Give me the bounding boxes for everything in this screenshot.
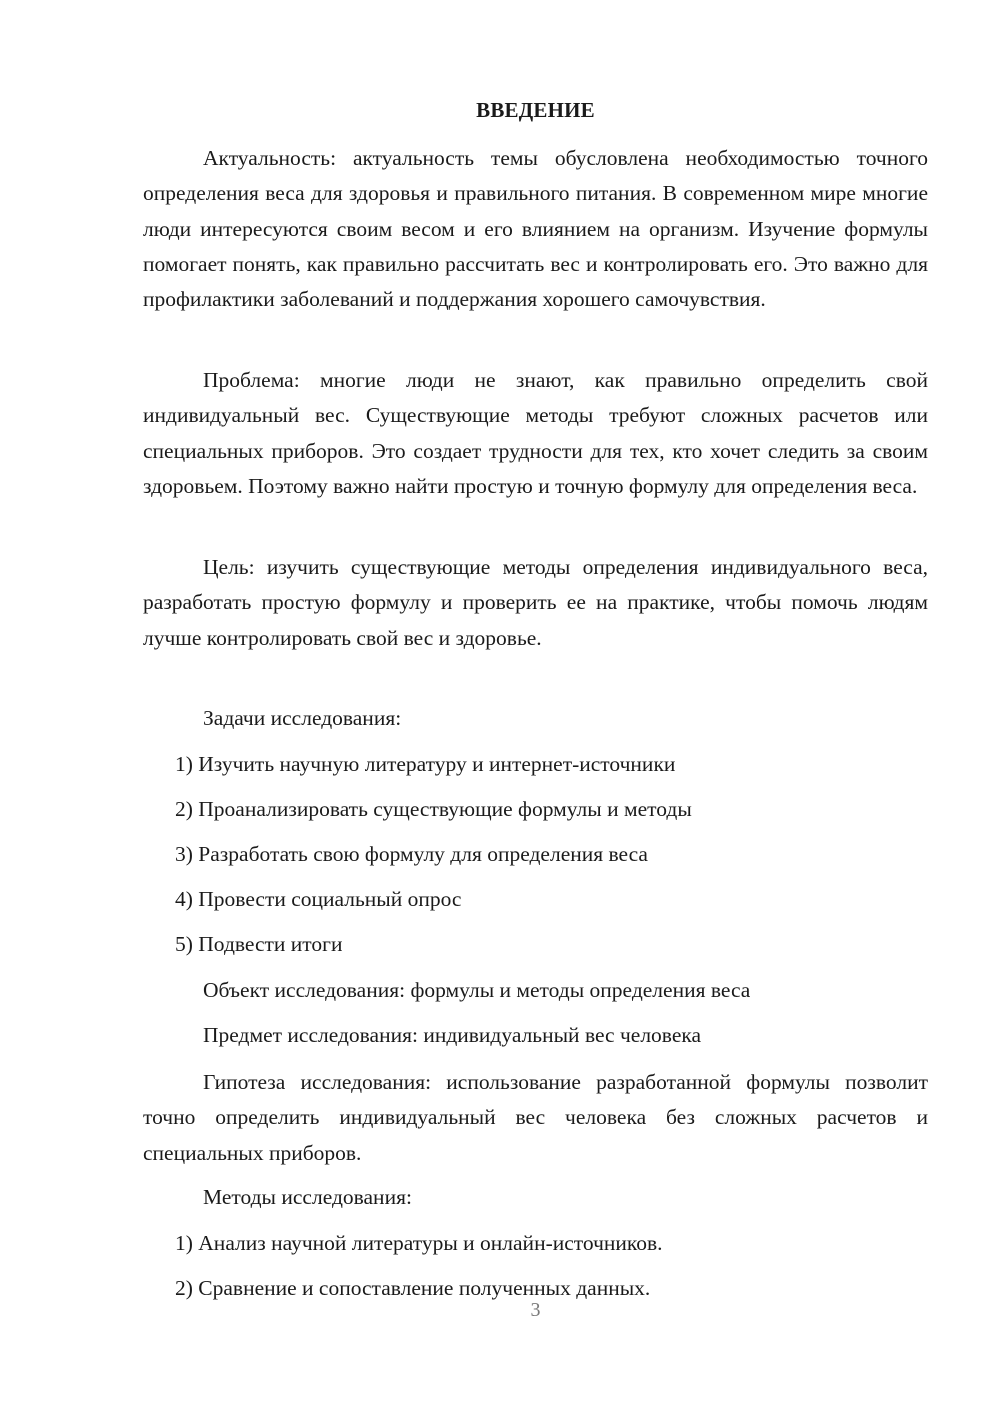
tasks-heading: Задачи исследования: (203, 701, 401, 736)
section-title: ВВЕДЕНИЕ (143, 96, 928, 124)
list-item: 5) Подвести итоги (175, 927, 343, 962)
research-object: Объект исследования: формулы и методы оп… (203, 973, 750, 1008)
list-item: 1) Анализ научной литературы и онлайн-ис… (175, 1226, 663, 1261)
hypothesis-paragraph: Гипотеза исследования: использование раз… (143, 1065, 928, 1171)
problem-paragraph: Проблема: многие люди не знают, как прав… (143, 363, 928, 504)
research-subject: Предмет исследования: индивидуальный вес… (203, 1018, 701, 1053)
relevance-paragraph: Актуальность: актуальность темы обусловл… (143, 141, 928, 317)
page-number: 3 (143, 1296, 928, 1324)
goal-paragraph: Цель: изучить существующие методы опреде… (143, 550, 928, 656)
methods-heading: Методы исследования: (203, 1180, 412, 1215)
list-item: 1) Изучить научную литературу и интернет… (175, 747, 675, 782)
list-item: 4) Провести социальный опрос (175, 882, 461, 917)
list-item: 2) Проанализировать существующие формулы… (175, 792, 692, 827)
list-item: 3) Разработать свою формулу для определе… (175, 837, 648, 872)
